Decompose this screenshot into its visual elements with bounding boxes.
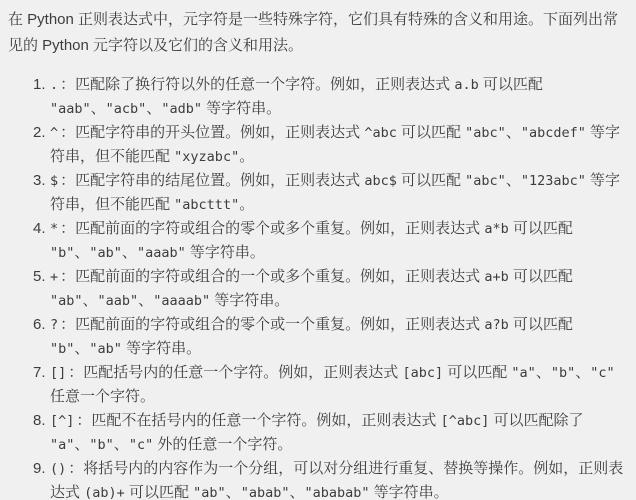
code-span: "abc" <box>465 173 506 189</box>
metachar-symbol: [] <box>50 365 66 381</box>
item-text: 等字符串。 <box>370 484 449 500</box>
item-text: 可以匹配 <box>443 364 511 381</box>
item-text: ：匹配前面的字符或组合的零个或多个重复。例如，正则表达式 <box>60 220 484 237</box>
item-number: 1. <box>33 73 46 97</box>
code-span: (ab)+ <box>84 485 125 500</box>
code-span: "abc" <box>465 125 506 141</box>
code-span: "ab" <box>89 341 122 357</box>
item-text: 等字符串。 <box>202 100 281 117</box>
metachar-symbol: () <box>50 461 66 477</box>
code-span: "aab" <box>98 293 139 309</box>
page: { "page": { "bg_color": "#f0f0f0", "text… <box>0 0 636 500</box>
code-span: a?b <box>484 317 508 333</box>
metachar-symbol: [^] <box>50 413 74 429</box>
metachar-list: 1..：匹配除了换行符以外的任意一个字符。例如，正则表达式 a.b 可以匹配 "… <box>8 73 626 500</box>
item-text: 等字符串。 <box>210 292 289 309</box>
item-text: 、 <box>74 436 89 453</box>
code-span: "b" <box>50 245 74 261</box>
code-span: "ab" <box>50 293 83 309</box>
code-span: "aab" <box>50 101 91 117</box>
item-text: ：匹配前面的字符或组合的一个或多个重复。例如，正则表达式 <box>60 268 484 285</box>
list-item: 1..：匹配除了换行符以外的任意一个字符。例如，正则表达式 a.b 可以匹配 "… <box>8 73 626 121</box>
code-span: "ababab" <box>304 485 369 500</box>
metachar-symbol: * <box>50 221 58 237</box>
code-span: "abab" <box>241 485 290 500</box>
code-span: "aaaab" <box>153 293 210 309</box>
item-number: 2. <box>33 121 46 145</box>
item-number: 5. <box>33 265 46 289</box>
code-span: "c" <box>590 365 614 381</box>
item-text: 可以匹配 <box>509 220 573 237</box>
item-number: 6. <box>33 313 46 337</box>
item-text: 外的任意一个字符。 <box>153 436 292 453</box>
list-item: 7.[]：匹配括号内的任意一个字符。例如，正则表达式 [abc] 可以匹配 "a… <box>8 361 626 409</box>
item-number: 4. <box>33 217 46 241</box>
item-text: 、 <box>226 484 241 500</box>
item-text: 可以匹配 <box>479 76 543 93</box>
list-item: 9.()：将括号内的内容作为一个分组，可以对分组进行重复、替换等操作。例如，正则… <box>8 457 626 500</box>
item-text: 、 <box>289 484 304 500</box>
code-span: a*b <box>484 221 508 237</box>
item-number: 9. <box>33 457 46 481</box>
item-text: ：匹配不在括号内的任意一个字符。例如，正则表达式 <box>76 412 440 429</box>
code-span: "ab" <box>193 485 226 500</box>
item-text: 、 <box>138 292 153 309</box>
metachar-symbol: . <box>50 77 58 93</box>
item-text: 、 <box>91 100 106 117</box>
item-text: ：匹配括号内的任意一个字符。例如，正则表达式 <box>68 364 402 381</box>
item-text: 可以匹配 <box>397 172 465 189</box>
item-text: 、 <box>536 364 551 381</box>
item-text: 可以匹配除了 <box>489 412 583 429</box>
item-text: 、 <box>83 292 98 309</box>
item-text: 、 <box>506 124 521 141</box>
item-text: 可以匹配 <box>125 484 193 500</box>
item-text: 任意一个字符。 <box>50 388 155 405</box>
item-text: 、 <box>146 100 161 117</box>
code-span: "a" <box>50 437 74 453</box>
code-span: "b" <box>50 341 74 357</box>
item-text: ：匹配字符串的开头位置。例如，正则表达式 <box>60 124 364 141</box>
list-item: 8.[^]：匹配不在括号内的任意一个字符。例如，正则表达式 [^abc] 可以匹… <box>8 409 626 457</box>
code-span: "b" <box>551 365 575 381</box>
item-text: 、 <box>575 364 590 381</box>
list-item: 2.^：匹配字符串的开头位置。例如，正则表达式 ^abc 可以匹配 "abc"、… <box>8 121 626 169</box>
code-span: "xyzabc" <box>174 149 239 165</box>
item-text: ：匹配前面的字符或组合的零个或一个重复。例如，正则表达式 <box>60 316 484 333</box>
metachar-symbol: ^ <box>50 125 58 141</box>
item-text: 、 <box>122 244 137 261</box>
item-text: 、 <box>506 172 521 189</box>
metachar-symbol: ? <box>50 317 58 333</box>
metachar-symbol: $ <box>50 173 58 189</box>
item-text: 。 <box>239 196 254 213</box>
code-span: "abcttt" <box>174 197 239 213</box>
code-span: ^abc <box>364 125 397 141</box>
code-span: "c" <box>129 437 153 453</box>
list-item: 6.?：匹配前面的字符或组合的零个或一个重复。例如，正则表达式 a?b 可以匹配… <box>8 313 626 361</box>
code-span: "aaab" <box>137 245 186 261</box>
item-text: ：匹配字符串的结尾位置。例如，正则表达式 <box>60 172 364 189</box>
item-text: 等字符串。 <box>186 244 265 261</box>
list-item: 5.+：匹配前面的字符或组合的一个或多个重复。例如，正则表达式 a+b 可以匹配… <box>8 265 626 313</box>
code-span: "adb" <box>161 101 202 117</box>
item-number: 3. <box>33 169 46 193</box>
code-span: "ab" <box>89 245 122 261</box>
code-span: a+b <box>484 269 508 285</box>
code-span: a.b <box>454 77 478 93</box>
item-text: 可以匹配 <box>397 124 465 141</box>
code-span: [^abc] <box>441 413 490 429</box>
metachar-symbol: + <box>50 269 58 285</box>
item-number: 7. <box>33 361 46 385</box>
item-text: 、 <box>74 340 89 357</box>
code-span: "acb" <box>106 101 147 117</box>
code-span: abc$ <box>364 173 397 189</box>
document-body: 在 Python 正则表达式中，元字符是一些特殊字符，它们具有特殊的含义和用途。… <box>0 0 636 500</box>
item-text: 、 <box>74 244 89 261</box>
list-item: 4.*：匹配前面的字符或组合的零个或多个重复。例如，正则表达式 a*b 可以匹配… <box>8 217 626 265</box>
code-span: "abcdef" <box>521 125 586 141</box>
item-number: 8. <box>33 409 46 433</box>
code-span: "123abc" <box>521 173 586 189</box>
item-text: 可以匹配 <box>509 268 573 285</box>
code-span: "b" <box>89 437 113 453</box>
code-span: "a" <box>511 365 535 381</box>
item-text: 、 <box>114 436 129 453</box>
item-text: 可以匹配 <box>509 316 573 333</box>
intro-paragraph: 在 Python 正则表达式中，元字符是一些特殊字符，它们具有特殊的含义和用途。… <box>8 7 626 59</box>
item-text: 。 <box>239 148 254 165</box>
code-span: [abc] <box>402 365 443 381</box>
item-text: ：匹配除了换行符以外的任意一个字符。例如，正则表达式 <box>60 76 454 93</box>
list-item: 3.$：匹配字符串的结尾位置。例如，正则表达式 abc$ 可以匹配 "abc"、… <box>8 169 626 217</box>
item-text: 等字符串。 <box>122 340 201 357</box>
